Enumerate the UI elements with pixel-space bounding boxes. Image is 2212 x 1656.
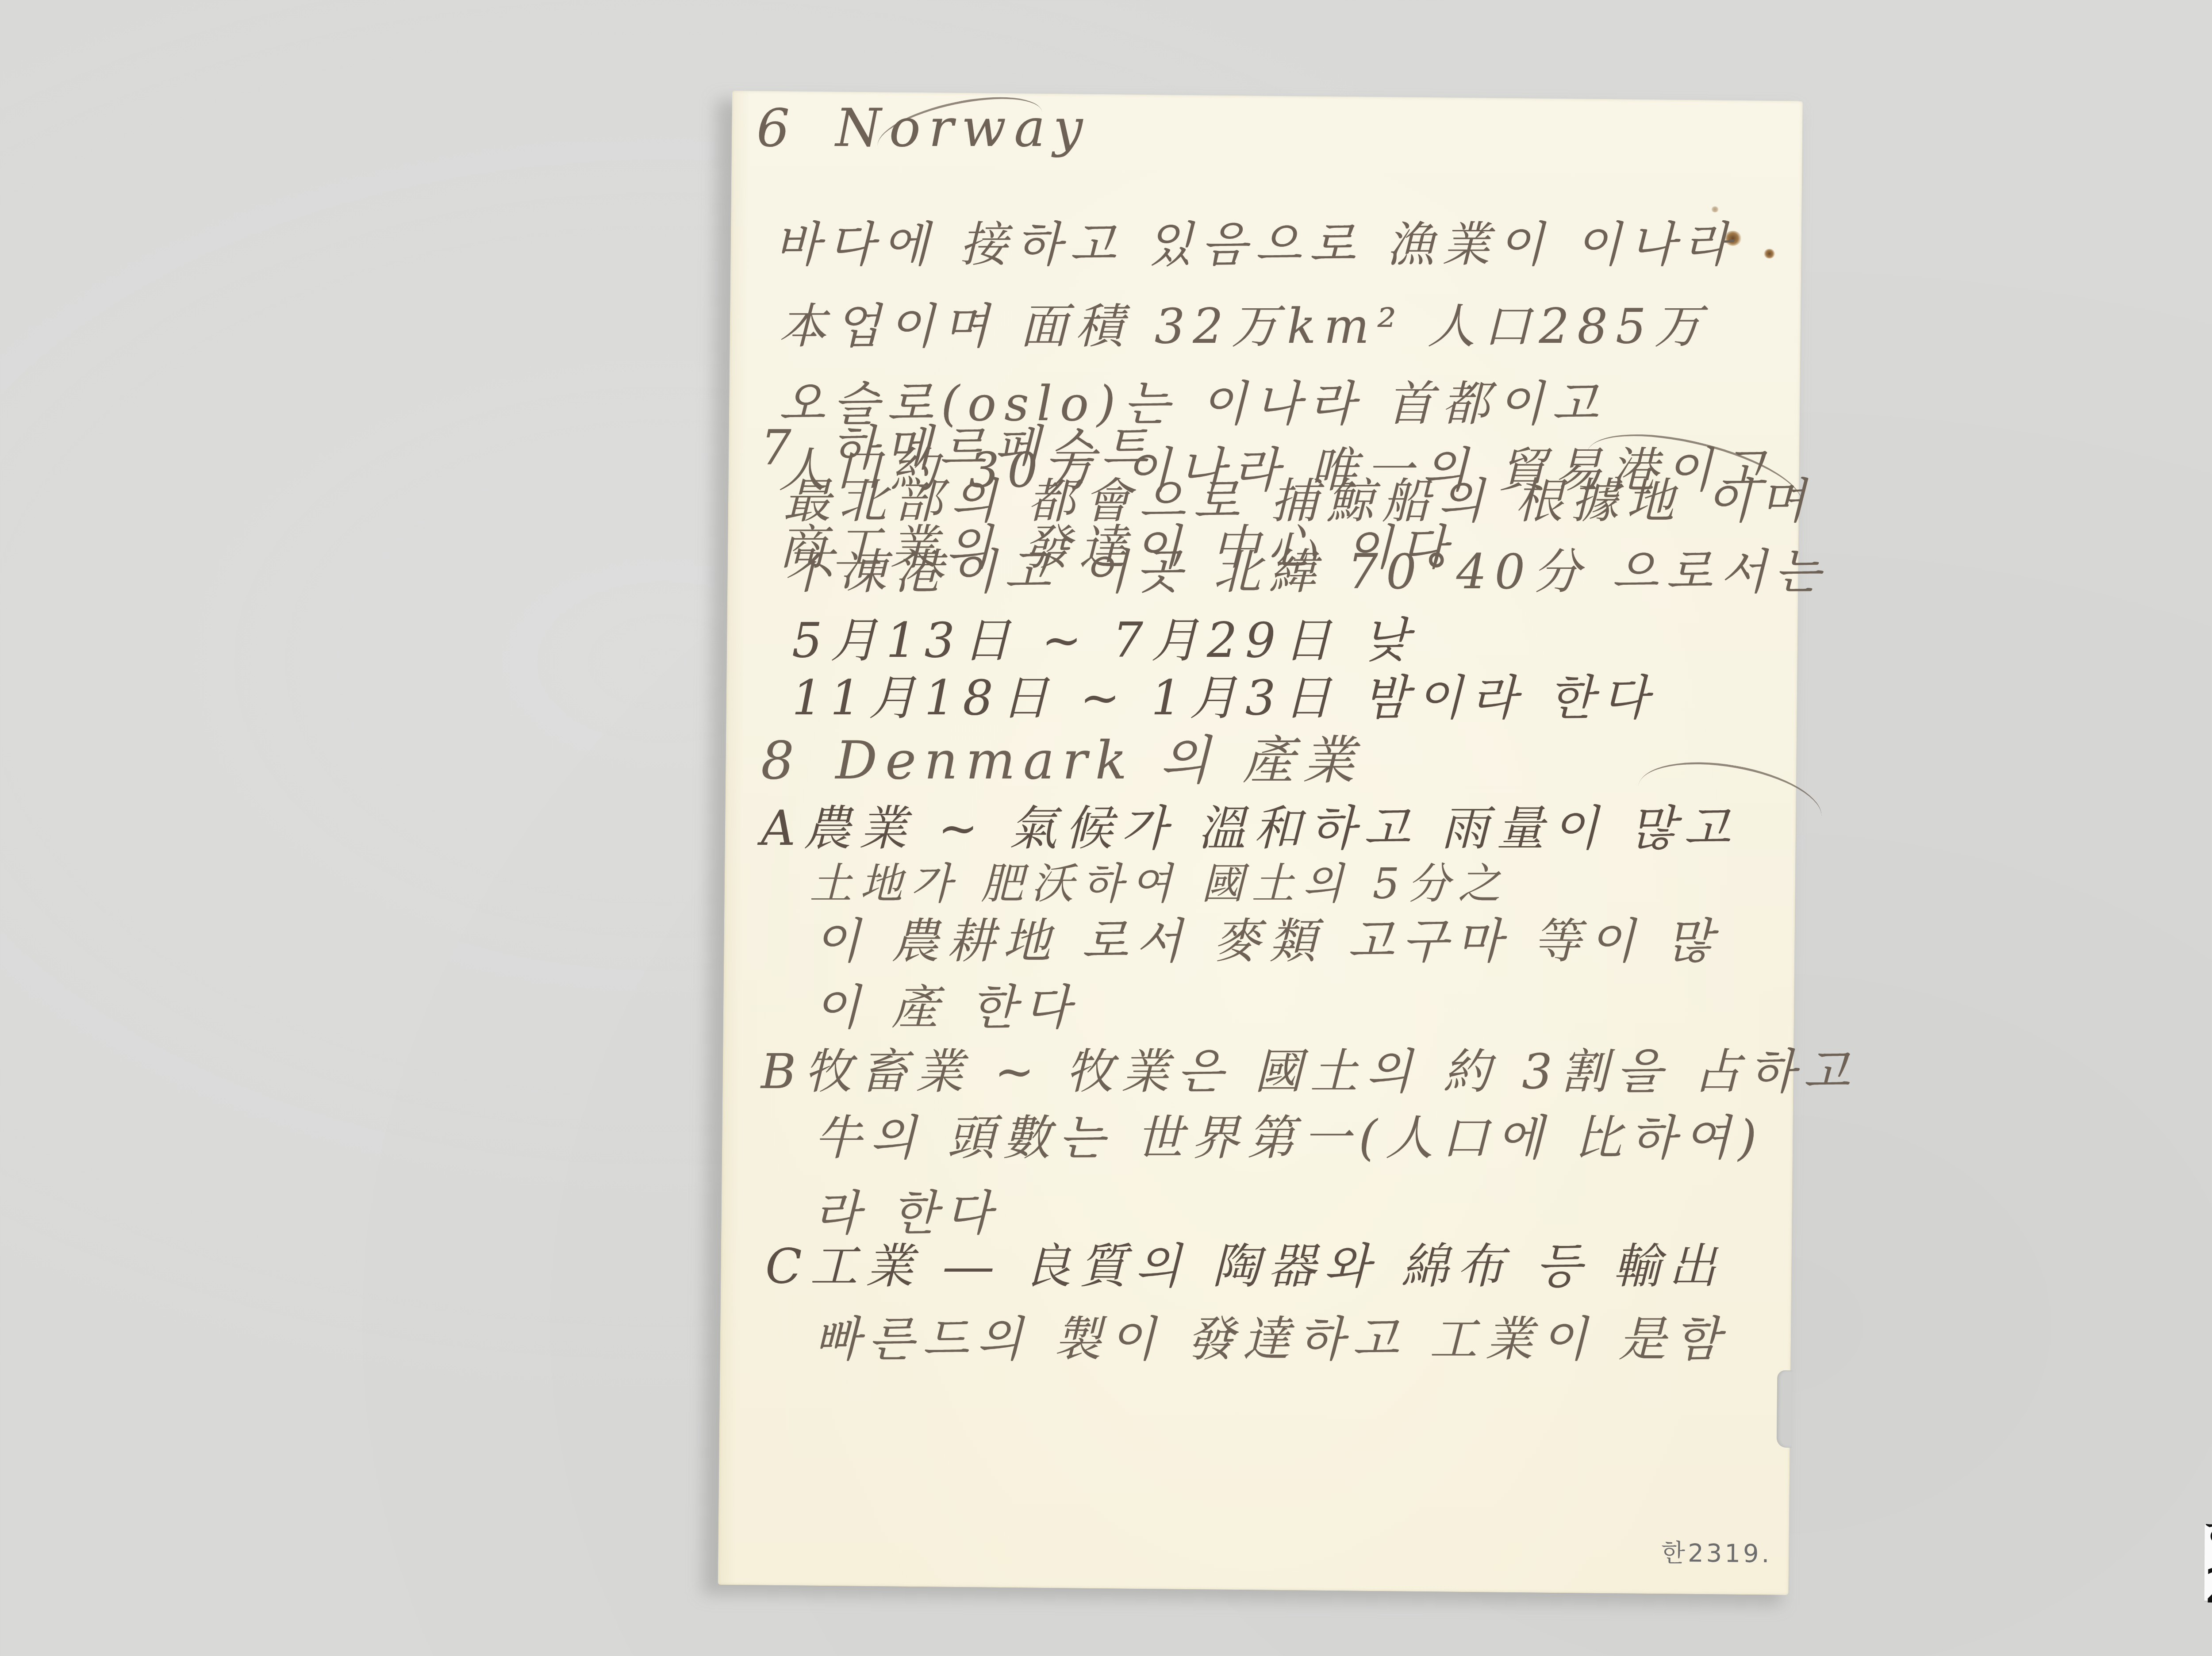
photo-stage: 6 Norway 바다에 接하고 있음으로 漁業이 이나라 本업이며 面積 32… (0, 0, 2212, 1656)
handwritten-line: 農業 ~ 氣候가 溫和하고 雨量이 많고 (803, 801, 1738, 856)
section-title: 하메르페스트 (831, 421, 1156, 476)
archive-label: 한2319. (2204, 1525, 2212, 1602)
handwritten-line: 土地가 肥沃하여 國土의 5分之 (810, 862, 1509, 905)
section-number: 7 (761, 421, 799, 476)
subsection-marker: A (761, 801, 803, 856)
subsection-a: A農業 ~ 氣候가 溫和하고 雨量이 많고 (761, 805, 1738, 853)
handwritten-line: 牛의 頭數는 世界第一(人口에 比하여) (814, 1115, 1765, 1162)
torn-notch (1777, 1370, 1793, 1448)
subsection-marker: C (765, 1239, 810, 1294)
handwritten-line: 最北部의 都會으로 捕鯨船의 根據地 이며 (783, 478, 1813, 525)
archive-label-text: 한2319. (2204, 1515, 2212, 1611)
handwritten-line: 牧畜業 ~ 牧業은 國土의 約 3割을 占하고 (804, 1044, 1857, 1100)
handwritten-line: 不凍港이고 이곳 北緯 70°40分 으로서는 (783, 548, 1828, 596)
handwritten-line: 本업이며 面積 32万km² 人口285万 (779, 303, 1710, 351)
ink-stain (1711, 206, 1719, 212)
section-number: 6 (757, 97, 798, 158)
handwritten-line: 바다에 接하고 있음으로 漁業이 이나라 (774, 221, 1738, 269)
handwritten-line: 빠른드의 製이 發達하고 工業이 是함 (814, 1316, 1728, 1364)
section-7-heading: 7 하메르페스트 (761, 425, 1156, 472)
handwritten-line: 5月13日 ~ 7月29日 낮 (792, 617, 1417, 665)
pencil-archive-number: 한2319. (1661, 1533, 1772, 1570)
section-number: 8 (761, 730, 802, 791)
handwritten-line: 11月18日 ~ 1月3日 밤이라 한다 (792, 675, 1656, 722)
handwritten-line: 工業 ― 良質의 陶器와 綿布 등 輸出 (810, 1239, 1724, 1294)
section-title: Denmark 의 產業 (836, 730, 1363, 791)
handwritten-line: 라 한다 (814, 1190, 999, 1238)
subsection-marker: B (761, 1044, 804, 1100)
subsection-c: C工業 ― 良質의 陶器와 綿布 등 輸出 (765, 1243, 1724, 1291)
subsection-b: B牧畜業 ~ 牧業은 國土의 約 3割을 占하고 (761, 1048, 1857, 1096)
handwritten-line: 이 農耕地 로서 麥類 고구마 等이 많 (814, 918, 1720, 966)
ink-stain (1763, 249, 1775, 258)
section-8-heading: 8 Denmark 의 產業 (761, 734, 1363, 786)
handwritten-line: 이 產 한다 (814, 984, 1079, 1032)
